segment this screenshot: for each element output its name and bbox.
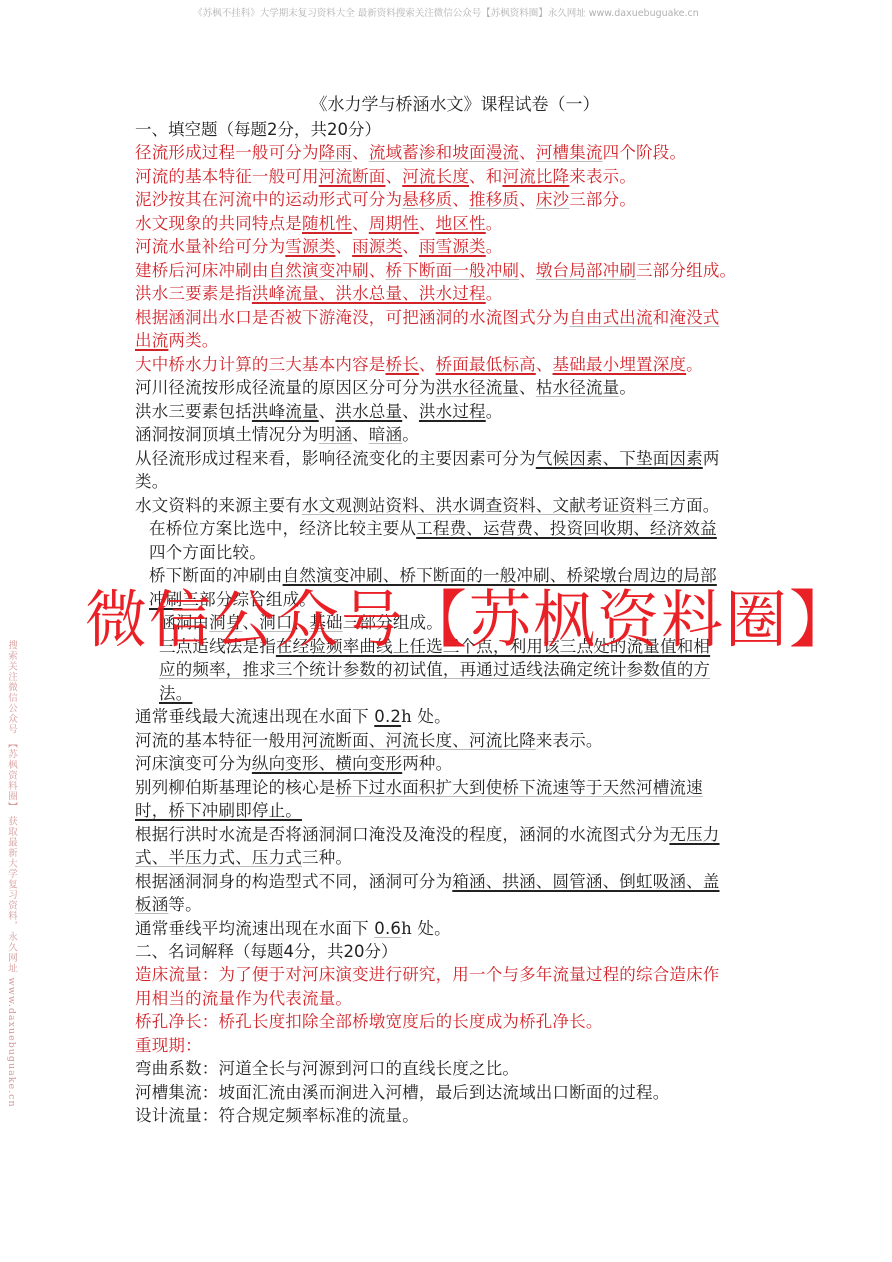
question-text: 造床流量：为了便于对河床演变进行研究，用一个与多年流量过程的综合造床作	[135, 965, 720, 984]
question-text: 、	[402, 402, 419, 421]
section1-line: 在桥位方案比选中，经济比较主要从工程费、运营费、投资回收期、经济效益	[135, 517, 765, 541]
section1-line: 泥沙按其在河流中的运动形式可分为悬移质、推移质、床沙三部分。	[135, 188, 765, 212]
answer-blank: 洪水总量	[335, 402, 402, 421]
question-text: 从径流形成过程来看，影响径流变化的主要因素可分为	[135, 449, 536, 468]
question-text: 、和	[469, 167, 502, 186]
question-text: 用相当的流量作为代表流量。	[135, 989, 352, 1008]
question-text: 、	[419, 355, 436, 374]
document-title: 《水力学与桥涵水文》课程试卷（一）	[145, 92, 765, 118]
question-text: 、	[369, 261, 386, 280]
section1-line: 时，桥下冲刷即停止。	[135, 799, 765, 823]
question-text: 等。	[168, 895, 201, 914]
answer-blank: 雨雪源类	[419, 237, 486, 256]
section1-line: 径流形成过程一般可分为降雨、流域蓄渗和坡面漫流、河槽集流四个阶段。	[135, 141, 765, 165]
question-text: 根据行洪时水流是否将涵洞洞口淹没及淹没的程度，涵洞的水流图式分为	[135, 825, 669, 844]
answer-blank: 河流断面	[319, 167, 386, 186]
answer-blank: 洪峰流量	[252, 402, 319, 421]
answer-blank: 淹没式	[669, 308, 719, 327]
question-text: 建桥后河床冲刷由	[135, 261, 269, 280]
question-text: 河流的基本特征一般用	[135, 731, 302, 750]
answer-blank: 自由式出流	[569, 308, 653, 327]
question-text: 弯曲系数：河道全长与河源到河口的直线长度之比。	[135, 1059, 519, 1078]
answer-blank: 明涵	[319, 425, 352, 444]
answer-blank: 雨源类	[352, 237, 402, 256]
answer-blank: 床沙	[536, 190, 569, 209]
section2-line: 河槽集流：坡面汇流由溪而涧进入河槽，最后到达流域出口断面的过程。	[135, 1081, 765, 1105]
section1-line: 法。	[135, 682, 765, 706]
question-text: 两类。	[168, 331, 218, 350]
question-text: 两种。	[402, 754, 452, 773]
question-text: 别列柳伯斯基理论的核心是	[135, 778, 335, 797]
question-text: 洪水三要素是指	[135, 284, 252, 303]
question-text: 径流形成过程一般可分为	[135, 143, 319, 162]
section1-line: 大中桥水力计算的三大基本内容是桥长、桥面最低标高、基础最小埋置深度。	[135, 353, 765, 377]
question-text: 来表示。	[536, 731, 603, 750]
answer-blank: 法。	[159, 684, 192, 703]
question-text: 来表示。	[569, 167, 636, 186]
question-text: 根据涵洞洞身的构造型式不同，涵洞可分为	[135, 872, 452, 891]
question-text: 通常垂线平均流速出现在水面下	[135, 919, 374, 938]
question-text: 三方面。	[653, 496, 720, 515]
question-text: 两	[703, 449, 720, 468]
answer-blank: 洪水过程	[419, 402, 486, 421]
question-text: 河流的基本特征一般可用	[135, 167, 319, 186]
answer-blank: 地区性	[436, 214, 486, 233]
section1-line: 板涵等。	[135, 893, 765, 917]
section2-line: 造床流量：为了便于对河床演变进行研究，用一个与多年流量过程的综合造床作	[135, 963, 765, 987]
answer-blank: 洪峰流量、洪水总量、洪水过程	[252, 284, 486, 303]
question-text: 四个阶段。	[603, 143, 687, 162]
question-text: 在桥位方案比选中，经济比较主要从	[149, 519, 416, 538]
question-text: 。	[486, 214, 503, 233]
question-text: 、	[519, 378, 536, 397]
question-text: 。	[686, 355, 703, 374]
question-text: 。	[486, 237, 503, 256]
answer-blank: 工程费、运营费、投资回收期、经济效益	[416, 519, 717, 538]
question-text: 、	[519, 143, 536, 162]
question-text: h 处。	[401, 707, 451, 726]
question-text: 根据涵洞出水口是否被下游淹没，可把涵洞的水流图式分为	[135, 308, 569, 327]
question-text: 河川径流按形成径流量的原因区分可分为	[135, 378, 436, 397]
answer-blank: 随机性	[302, 214, 352, 233]
answer-blank: 箱涵、拱涵、圆管涵、倒虹吸涵、盖	[452, 872, 719, 891]
question-text: 四个方面比较。	[149, 543, 266, 562]
question-text: 设计流量：符合规定频率标准的流量。	[135, 1106, 419, 1125]
question-text: 洪水三要素包括	[135, 402, 252, 421]
fill-blank-list: 径流形成过程一般可分为降雨、流域蓄渗和坡面漫流、河槽集流四个阶段。河流的基本特征…	[135, 141, 765, 940]
section-heading-fill-blank: 一、填空题（每题2分，共20分）	[135, 118, 765, 141]
answer-blank: 自然演变冲刷	[269, 261, 369, 280]
side-watermark: 搜索关注微信公众号 【苏枫资料圈】 获取最新大学复习资料，永久网址 www.da…	[4, 640, 18, 1108]
answer-blank: 暗涵	[369, 425, 402, 444]
answer-blank: 水文观测站资料、洪水调查资料、文献考证资料	[302, 496, 653, 515]
question-text: 三部分。	[569, 190, 636, 209]
section1-line: 建桥后河床冲刷由自然演变冲刷、桥下断面一般冲刷、墩台局部冲刷三部分组成。	[135, 259, 765, 283]
question-text: 水文现象的共同特点是	[135, 214, 302, 233]
answer-blank: 基础最小埋置深度	[553, 355, 687, 374]
section2-line: 设计流量：符合规定频率标准的流量。	[135, 1104, 765, 1128]
section1-line: 洪水三要素包括洪峰流量、洪水总量、洪水过程。	[135, 400, 765, 424]
section-heading-definitions: 二、名词解释（每题4分，共20分）	[135, 940, 765, 963]
question-text: 重现期：	[135, 1036, 202, 1055]
definitions-list: 造床流量：为了便于对河床演变进行研究，用一个与多年流量过程的综合造床作用相当的流…	[135, 963, 765, 1128]
question-text: 、	[419, 214, 436, 233]
question-text: 。	[486, 284, 503, 303]
answer-blank: 雪源类	[285, 237, 335, 256]
section1-line: 式、半压力式、压力式三种。	[135, 846, 765, 870]
question-text: 。	[402, 425, 419, 444]
section1-line: 水文现象的共同特点是随机性、周期性、地区性。	[135, 212, 765, 236]
section1-line: 河床演变可分为纵向变形、横向变形两种。	[135, 752, 765, 776]
question-text: 桥孔净长：桥孔长度扣除全部桥墩宽度后的长度成为桥孔净长。	[135, 1012, 603, 1031]
section1-line: 根据涵洞出水口是否被下游淹没，可把涵洞的水流图式分为自由式出流和淹没式	[135, 306, 765, 330]
question-text: 、	[352, 425, 369, 444]
section1-line: 应的频率，推求三个统计参数的初试值，再通过适线法确定统计参数值的方	[135, 658, 765, 682]
top-watermark: 《苏枫不挂科》大学期末复习资料大全 最新资料搜索关注微信公众号【苏枫资料圈】永久…	[0, 5, 892, 19]
question-text: 河流水量补给可分为	[135, 237, 285, 256]
answer-blank: 河流长度	[402, 167, 469, 186]
question-text: 涵洞按洞顶填土情况分为	[135, 425, 319, 444]
answer-blank: 河流断面、河流长度、河流比降	[302, 731, 536, 750]
section1-line: 水文资料的来源主要有水文观测站资料、洪水调查资料、文献考证资料三方面。	[135, 494, 765, 518]
section2-line: 重现期：	[135, 1034, 765, 1058]
answer-blank: 河槽集流	[536, 143, 603, 162]
section1-line: 洪水三要素是指洪峰流量、洪水总量、洪水过程。	[135, 282, 765, 306]
answer-blank: 0.6	[374, 919, 401, 938]
question-text: 、	[452, 190, 469, 209]
answer-blank: 推移质	[469, 190, 519, 209]
question-text: 、	[519, 190, 536, 209]
question-text: 类。	[135, 472, 168, 491]
question-text: 、	[402, 237, 419, 256]
section1-line: 河流水量补给可分为雪源类、雨源类、雨雪源类。	[135, 235, 765, 259]
section1-line: 河川径流按形成径流量的原因区分可分为洪水径流量、枯水径流量。	[135, 376, 765, 400]
question-text: 三部分组成。	[636, 261, 736, 280]
answer-blank: 时，桥下冲刷即停止。	[135, 801, 302, 820]
answer-blank: 枯水径流量	[536, 378, 620, 397]
section2-line: 用相当的流量作为代表流量。	[135, 987, 765, 1011]
section1-line: 别列柳伯斯基理论的核心是桥下过水面积扩大到使桥下流速等于天然河槽流速	[135, 776, 765, 800]
question-text: 。	[486, 402, 503, 421]
question-text: 水文资料的来源主要有	[135, 496, 302, 515]
answer-blank: 板涵	[135, 895, 168, 914]
question-text: 三种。	[302, 848, 352, 867]
question-text: 、	[519, 261, 536, 280]
section1-line: 根据行洪时水流是否将涵洞洞口淹没及淹没的程度，涵洞的水流图式分为无压力	[135, 823, 765, 847]
question-text: 、	[319, 402, 336, 421]
answer-blank: 0.2	[374, 707, 401, 726]
section1-line: 根据涵洞洞身的构造型式不同，涵洞可分为箱涵、拱涵、圆管涵、倒虹吸涵、盖	[135, 870, 765, 894]
answer-blank: 应的频率，推求三个统计参数的初试值，再通过适线法确定统计参数值的方	[159, 660, 710, 679]
question-text: h 处。	[401, 919, 451, 938]
answer-blank: 出流	[135, 331, 168, 350]
section1-line: 涵洞按洞顶填土情况分为明涵、暗涵。	[135, 423, 765, 447]
question-text: 、	[352, 214, 369, 233]
question-text: 、	[536, 355, 553, 374]
section1-line: 从径流形成过程来看，影响径流变化的主要因素可分为气候因素、下垫面因素两	[135, 447, 765, 471]
section1-line: 出流两类。	[135, 329, 765, 353]
question-text: 通常垂线最大流速出现在水面下	[135, 707, 374, 726]
section1-line: 河流的基本特征一般可用河流断面、河流长度、和河流比降来表示。	[135, 165, 765, 189]
answer-blank: 墩台局部冲刷	[536, 261, 636, 280]
section1-line: 类。	[135, 470, 765, 494]
answer-blank: 桥长	[386, 355, 419, 374]
section1-line: 通常垂线平均流速出现在水面下 0.6h 处。	[135, 917, 765, 941]
question-text: 河槽集流：坡面汇流由溪而涧进入河槽，最后到达流域出口断面的过程。	[135, 1083, 669, 1102]
answer-blank: 洪水径流量	[436, 378, 520, 397]
answer-blank: 河流比降	[502, 167, 569, 186]
section1-line: 通常垂线最大流速出现在水面下 0.2h 处。	[135, 705, 765, 729]
question-text: 、	[386, 167, 403, 186]
section1-line: 四个方面比较。	[135, 541, 765, 565]
answer-blank: 桥下过水面积扩大到使桥下流速等于天然河槽流速	[335, 778, 702, 797]
answer-blank: 气候因素、下垫面因素	[536, 449, 703, 468]
section2-line: 桥孔净长：桥孔长度扣除全部桥墩宽度后的长度成为桥孔净长。	[135, 1010, 765, 1034]
answer-blank: 降雨	[319, 143, 352, 162]
question-text: 大中桥水力计算的三大基本内容是	[135, 355, 386, 374]
answer-blank: 式、半压力式、压力式	[135, 848, 302, 867]
answer-blank: 周期性	[369, 214, 419, 233]
question-text: 河床演变可分为	[135, 754, 252, 773]
question-text: 泥沙按其在河流中的运动形式可分为	[135, 190, 402, 209]
question-text: 、	[335, 237, 352, 256]
big-watermark: 微信公众号【苏枫资料圈】	[85, 585, 853, 655]
answer-blank: 桥面最低标高	[436, 355, 536, 374]
answer-blank: 悬移质	[402, 190, 452, 209]
answer-blank: 纵向变形、横向变形	[252, 754, 402, 773]
answer-blank: 无压力	[669, 825, 719, 844]
answer-blank: 桥下断面一般冲刷	[386, 261, 520, 280]
section2-line: 弯曲系数：河道全长与河源到河口的直线长度之比。	[135, 1057, 765, 1081]
question-text: 和	[653, 308, 670, 327]
answer-blank: 流域蓄渗和坡面漫流	[369, 143, 519, 162]
question-text: 。	[619, 378, 636, 397]
question-text: 、	[352, 143, 369, 162]
section1-line: 河流的基本特征一般用河流断面、河流长度、河流比降来表示。	[135, 729, 765, 753]
